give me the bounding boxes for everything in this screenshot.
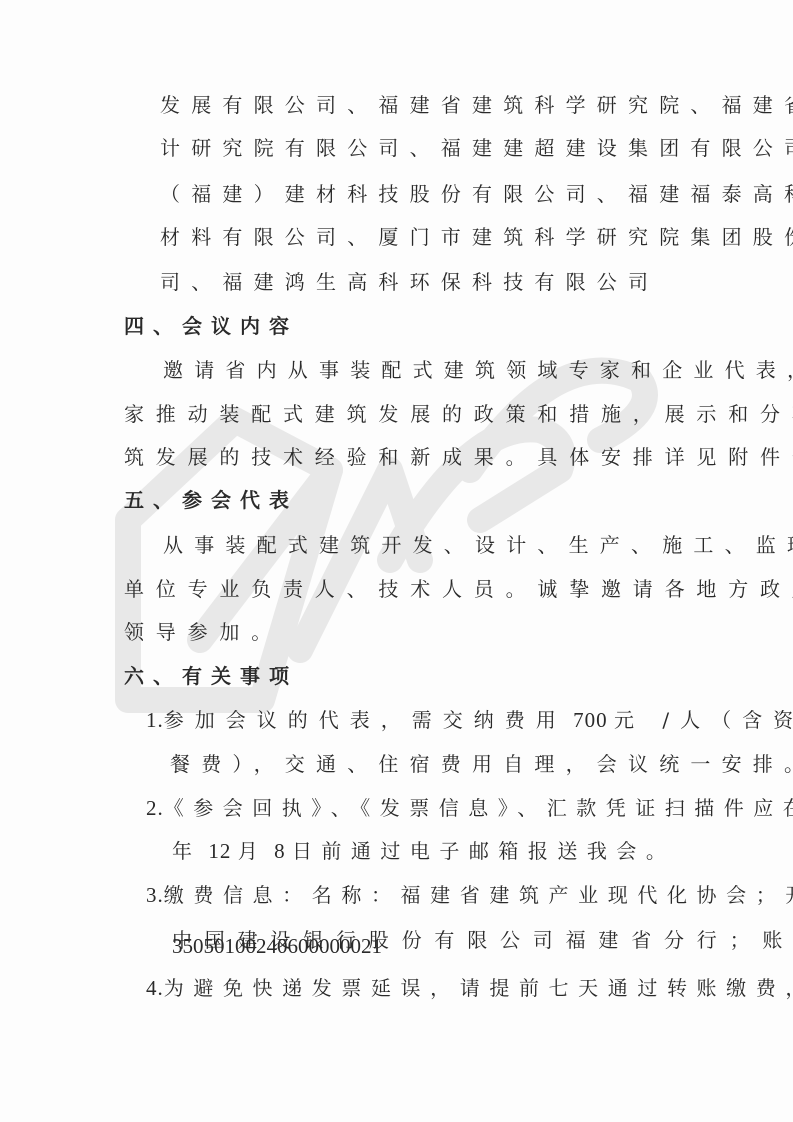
wps-watermark-icon [0, 0, 793, 1122]
body-text-line: 司、福建鸿生高科环保科技有限公司 [160, 270, 659, 294]
list-item-text: 日前通过电子邮箱报送我会。 [292, 839, 676, 863]
list-number: 3. [146, 883, 164, 907]
body-text-line: （福建）建材科技股份有限公司、福建福泰高科环保新 [160, 182, 793, 206]
list-item-continuation: 年 12 月 8 日前通过电子邮箱报送我会。 [172, 839, 675, 863]
list-number: 1. [146, 708, 164, 732]
body-text-line: 发展有限公司、福建省建筑科学研究院、福建省建筑设 [160, 93, 793, 117]
fee-amount: 700 [573, 708, 608, 732]
list-item-text: 元 /人（含资料费、 [614, 708, 793, 732]
list-item: 3.缴费信息：名称：福建省建筑产业现代化协会；开户行： [146, 883, 793, 907]
list-item-text: 《参会回执》、《发票信息》、汇款凭证扫描件应在 [164, 796, 793, 820]
section-heading: 六、有关事项 [124, 664, 298, 688]
list-item-text: 缴费信息：名称：福建省建筑产业现代化协会；开户行： [164, 883, 793, 907]
body-text-line: 单位专业负责人、技术人员。诚挚邀请各地方政府主管部门 [124, 577, 793, 601]
list-item: 2.《参会回执》、《发票信息》、汇款凭证扫描件应在 2017 [146, 796, 793, 820]
list-number: 2. [146, 796, 164, 820]
body-text-line: 邀请省内从事装配式建筑领域专家和企业代表，围绕国 [163, 358, 793, 382]
body-text-line: 家推动装配式建筑发展的政策和措施，展示和分享装配式建 [124, 402, 793, 426]
body-text-line: 材料有限公司、厦门市建筑科学研究院集团股份有限公 [160, 225, 793, 249]
list-number: 4. [146, 976, 164, 1000]
list-item-continuation: 餐费），交通、住宿费用自理，会议统一安排。 [170, 752, 793, 776]
deadline-month: 12 [208, 839, 231, 863]
account-number: 35050100240600000021 [172, 934, 382, 958]
section-heading: 五、参会代表 [124, 488, 298, 512]
list-item-text: 参加会议的代表，需交纳费用 [164, 708, 567, 732]
deadline-day: 8 [274, 839, 286, 863]
list-item-text: 月 [238, 839, 268, 863]
body-text-line: 从事装配式建筑开发、设计、生产、施工、监理等有关 [163, 533, 793, 557]
list-item: 4.为避免快递发票延误，请提前七天通过转账缴费，提交 [146, 976, 793, 1000]
body-text-line: 领导参加。 [124, 620, 283, 644]
body-text-line: 筑发展的技术经验和新成果。具体安排详见附件一。 [124, 445, 793, 469]
list-item-text: 年 [172, 839, 202, 863]
body-text-line: 计研究院有限公司、福建建超建设集团有限公司、金强 [160, 136, 793, 160]
list-item-text: 为避免快递发票延误，请提前七天通过转账缴费，提交 [164, 976, 793, 1000]
list-item: 1.参加会议的代表，需交纳费用 700 元 /人（含资料费、 [146, 708, 793, 732]
section-heading: 四、会议内容 [124, 314, 298, 338]
